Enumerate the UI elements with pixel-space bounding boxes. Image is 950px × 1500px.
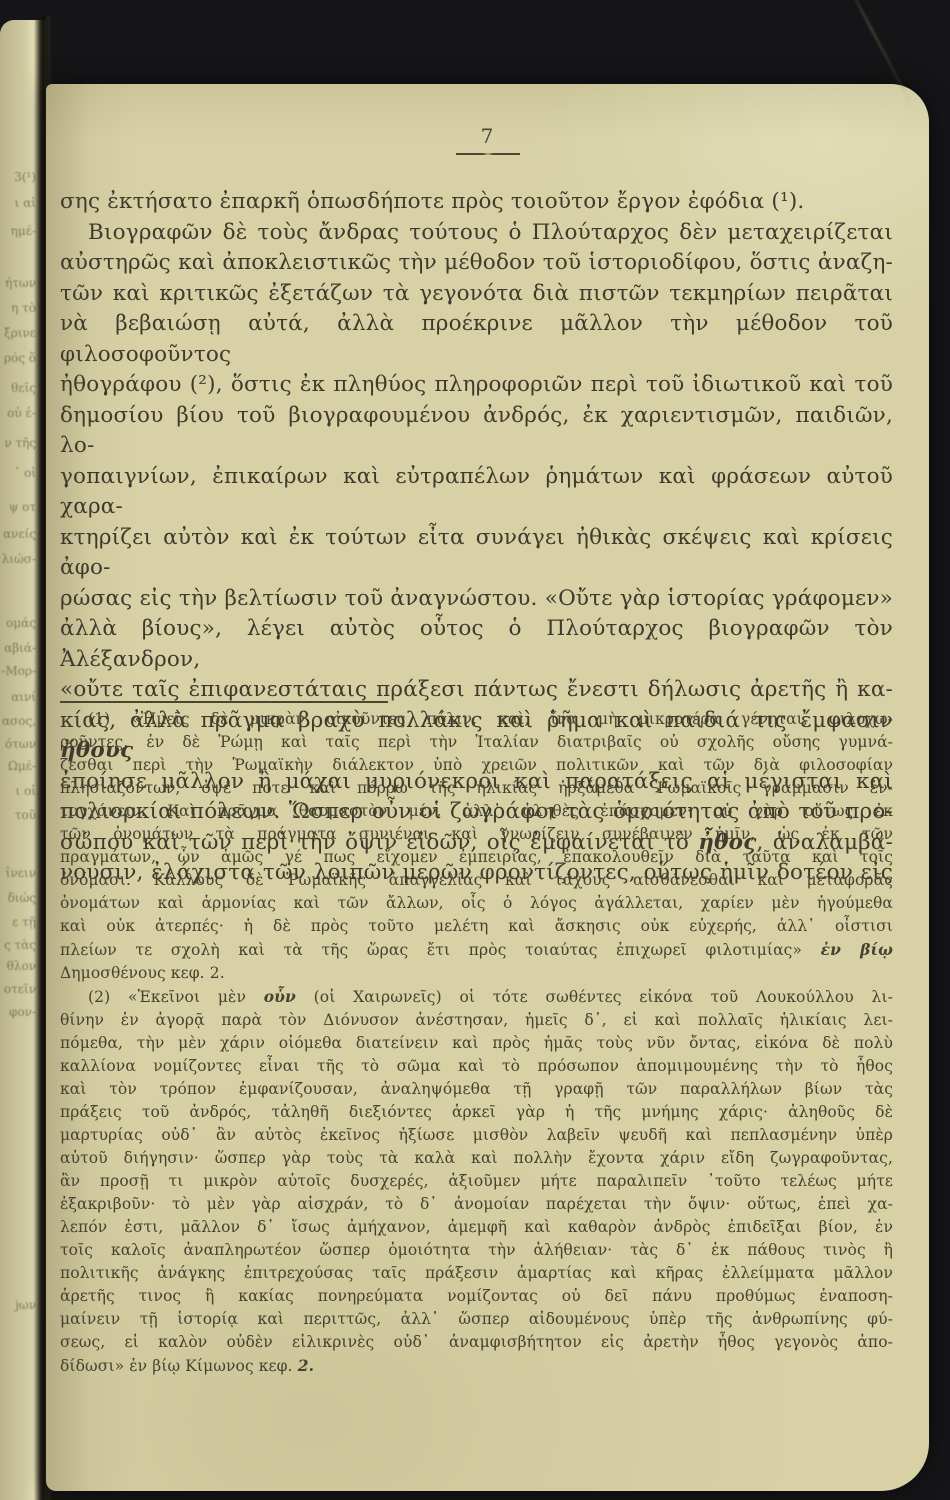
text-line: τυγχάνειν. Καὶ πρᾶγμα θαυμαστὸν μέν, ἀλλ… [60, 800, 893, 823]
page-header: 7 [46, 124, 929, 155]
text-line: πραγμάτων, ὧν ἁμῶς γέ πως εἴχομεν ἐμπειρ… [60, 846, 893, 869]
text-line: αὐτοῦ διήγησιν· ὥσπερ γὰρ τοὺς τὰ καλὰ κ… [60, 1147, 893, 1170]
text-line: μαίνειν τῇ ἱστορίᾳ καὶ περιττῶς, ἀλλ᾽ ὥσ… [60, 1308, 893, 1331]
facing-text-fragment: ψ οτ [0, 500, 36, 514]
facing-text-fragment: ᾽ οἱ [0, 466, 36, 480]
text-line: ἠθογράφου (²), ὅστις ἐκ πληθύος πληροφορ… [60, 370, 893, 401]
text-line: πόμεθα, τὴν μὲν χάριν οἰόμεθα διατείνειν… [60, 1032, 893, 1055]
text-line: μαρτυρίας οὐδ᾽ ἂν αὐτὸς ἐκεῖνος ἠξίωσε μ… [60, 1124, 893, 1147]
facing-text-fragment: φον- [0, 1005, 36, 1019]
text-line: θίνην ἐν ἀγορᾷ παρὰ τὸν Διόνυσον ἀνέστησ… [60, 1009, 893, 1032]
text-line: ἂν προσῇ τι μικρὸν αὐτοῖς δυσχερές, ἀξιο… [60, 1170, 893, 1193]
text-line: ὀνομάτων καὶ ἁρμονίας καὶ τῶν ἄλλων, οἷς… [60, 892, 893, 915]
text-line: (2) «Ἐκεῖνοι μὲν οὖν (οἱ Χαιρωνεῖς) οἱ τ… [60, 985, 893, 1009]
text-line: αὐστηρῶς καὶ ἀποκλειστικῶς τὴν μέθοδον τ… [60, 248, 893, 279]
facing-text-fragment: ημέ- [0, 224, 36, 238]
text-line: ὀνόμασι. Κάλλους δὲ Ῥωμαϊκῆς ἀπαγγελίας … [60, 869, 893, 892]
facing-text-fragment: λιώσ- [0, 552, 36, 566]
footnote-2: (2) «Ἐκεῖνοι μὲν οὖν (οἱ Χαιρωνεῖς) οἱ τ… [60, 985, 893, 1378]
facing-text-fragment: ότων [0, 737, 36, 751]
text-line: τῶν καὶ κριτικῶς ἐξετάζων τὰ γεγονότα δι… [60, 279, 893, 310]
footnotes-block: (1) «Ἡμεῖς δὲ μικρὰν οἰκοῦντες πόλιν, κα… [60, 708, 893, 1378]
facing-text-fragment: θλον [0, 959, 36, 973]
text-line: σεως, εἰ καλὸν οὐδὲν εἰλικρινὲς οὐδ᾽ ἀνα… [60, 1331, 893, 1354]
facing-text-fragment: ανείς [0, 527, 36, 541]
text-line: γοπαιγνίων, ἐπικαίρων καὶ εὐτραπέλων ῥημ… [60, 462, 893, 523]
facing-text-fragment: ι οἱ [0, 784, 36, 798]
text-line: πλησιαζόντων, ὀψέ ποτε καὶ πόρρω τῆς ἡλι… [60, 777, 893, 800]
facing-text-fragment: οτεῖν [0, 982, 36, 996]
facing-text-fragment: ι αἱ [0, 196, 36, 210]
text-line: δίδωσι» ἐν βίῳ Κίμωνος κεφ. 2. [60, 1354, 893, 1378]
facing-text-fragment: ομάς [0, 616, 36, 630]
text-line: ἀλλὰ βίους», λέγει αὐτὸς οὗτος ὁ Πλούταρ… [60, 614, 893, 675]
text-line: Βιογραφῶν δὲ τοὺς ἄνδρας τούτους ὁ Πλούτ… [60, 218, 893, 249]
facing-text-fragment: ασος, [0, 714, 36, 728]
text-line: πλείων τε σχολὴ καὶ τὰ τῆς ὥρας ἔτι πρὸς… [60, 938, 893, 962]
text-line: πράξεις τοῦ ἀνδρός, τἀληθῆ διεξιόντες ἀρ… [60, 1101, 893, 1124]
facing-text-fragment: τοῦ [0, 808, 36, 822]
facing-text-fragment: ς τὰς [0, 938, 36, 952]
text-line: ἀρετῆς τινος ἢ κακίας πονηρεύματα νομίζο… [60, 1285, 893, 1308]
facing-text-fragment: αβιά- [0, 641, 36, 655]
text-line: ἐξακριβοῦν· τὸ μὲν γὰρ αἰσχράν, τὸ δ᾽ ἀν… [60, 1193, 893, 1216]
text-line: ροῦντες, ἐν δὲ Ῥώμῃ καὶ ταῖς περὶ τὴν Ἰτ… [60, 731, 893, 754]
text-line: σης ἐκτήσατο ἐπαρκῆ ὁπωσδήποτε πρὸς τοιο… [60, 187, 893, 218]
facing-text-fragment: ε τῇ [0, 915, 36, 929]
text-line: νὰ βεβαιώσῃ αὐτά, ἀλλὰ προέκρινε μᾶλλον … [60, 309, 893, 370]
text-line: καὶ οὐκ ἀτερπές· ἡ δὲ πρὸς τοῦτο μελέτη … [60, 915, 893, 938]
text-line: λεπόν ἐστι, μᾶλλον δ᾽ ἴσως ἀμήχανον, ἀμε… [60, 1216, 893, 1239]
facing-text-fragment: η τὸ [0, 301, 36, 315]
facing-text-fragment: ρός ὅ [0, 351, 36, 365]
facing-text-fragment: Ωμέ- [0, 759, 36, 773]
text-line: (1) «Ἡμεῖς δὲ μικρὰν οἰκοῦντες πόλιν, κα… [60, 708, 893, 731]
text-line: καὶ τὸν τρόπον ἐμφανίζουσαν, ἀναληψόμεθα… [60, 1078, 893, 1101]
facing-text-fragment: ΐνειν [0, 866, 36, 880]
text-line: κτηρίζει αὐτὸν καὶ ἐκ τούτων εἶτα συνάγε… [60, 523, 893, 584]
text-line: πολιτικῆς ἀνάγκης ἐπιτρεχούσας ταῖς πράξ… [60, 1262, 893, 1285]
text-line: ρώσας εἰς τὴν βελτίωσιν τοῦ ἀναγνώστου. … [60, 584, 893, 615]
facing-text-fragment: οὐ ἐ- [0, 406, 36, 420]
facing-text-fragment: ϳων [0, 1298, 36, 1312]
text-line: δημοσίου βίου τοῦ βιογραφουμένου ἀνδρός,… [60, 401, 893, 462]
facing-text-fragment: θεῖς [0, 381, 36, 395]
facing-text-fragment: ήτων [0, 276, 36, 290]
text-line: τῶν ὀνομάτων τὰ πράγματα συνιέναι καὶ γν… [60, 823, 893, 846]
facing-text-fragment: ν τῆς [0, 436, 36, 450]
page-number-rule [456, 153, 520, 155]
text-line: ζεσθαι περὶ τὴν Ῥωμαϊκὴν διάλεκτον ὑπὸ χ… [60, 754, 893, 777]
facing-text-fragment: 3(¹) [0, 170, 36, 184]
book-page: 7 σης ἐκτήσατο ἐπαρκῆ ὁπωσδήποτε πρὸς το… [46, 84, 929, 1491]
facing-text-fragment: διώς [0, 891, 36, 905]
footnote-separator-rule [60, 701, 388, 703]
page-number: 7 [481, 124, 495, 148]
facing-text-fragment: αινί [0, 690, 36, 704]
facing-text-fragment: -Μορ- [0, 664, 36, 678]
text-line: τοῖς καλοῖς ἀναπληρωτέον ὥσπερ ὁμοιότητα… [60, 1239, 893, 1262]
page-crease [834, 0, 916, 111]
footnote-1: (1) «Ἡμεῖς δὲ μικρὰν οἰκοῦντες πόλιν, κα… [60, 708, 893, 985]
text-line: Δημοσθένους κεφ. 2. [60, 962, 893, 985]
facing-text-fragment: ξρινε [0, 326, 36, 340]
text-line: καλλίονα νομίζοντες εἶναι τῆς τὸ σῶμα κα… [60, 1055, 893, 1078]
